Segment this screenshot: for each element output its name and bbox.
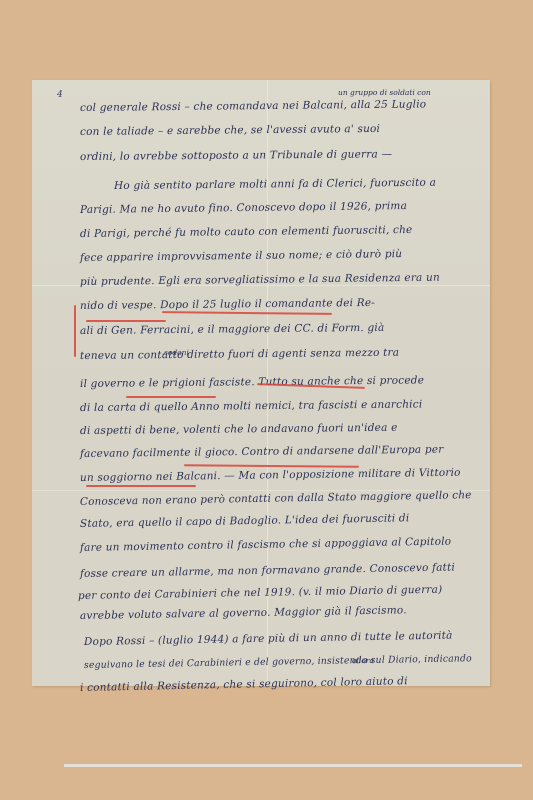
red-underline [86,485,196,487]
text-line: seguivano le tesi dei Carabinieri e del … [84,653,472,671]
text-line: Stato, era quello il capo di Badoglio. L… [80,512,410,530]
manuscript-page: 4 un gruppo di soldati con sodani allora… [32,80,490,686]
text-line: Ho già sentito parlare molti anni fa di … [114,177,436,192]
text-line: col generale Rossi – che comandava nei B… [80,98,426,114]
text-line: di la carta di quello Anno molti nemici,… [80,398,422,414]
text-line: ordini, lo avrebbe sottoposto a un Tribu… [80,148,392,163]
red-underline [162,311,332,315]
text-line: Conosceva non erano però contatti con da… [80,489,472,508]
text-line: di Parigi, perché fu molto cauto con ele… [80,224,413,240]
text-line: di aspetti di bene, volenti che lo andav… [80,422,398,437]
red-underline [126,396,216,398]
text-line: per conto dei Carabinieri che nel 1919. … [78,584,443,602]
page-number: 4 [57,90,63,100]
interlinear-note: un gruppo di soldati con [338,88,431,97]
red-margin-bracket [74,305,76,357]
paper-bottom-edge [64,764,522,767]
text-line: fare un movimento contro il fascismo che… [80,536,451,554]
text-line: il governo e le prigioni fasciste. Tutto… [80,374,424,390]
text-line: facevano facilmente il gioco. Contro di … [80,444,444,460]
text-line: teneva un contatto diretto fuori di agen… [80,347,399,362]
text-line: Parigi. Ma ne ho avuto fino. Conoscevo d… [80,200,407,216]
text-line: un soggiorno nei Balcani. — Ma con l'opp… [80,467,461,484]
text-line: con le taliade – e sarebbe che, se l'ave… [80,123,380,138]
text-line: i contatti alla Resistenza, che si segui… [80,675,408,694]
text-line: ali di Gen. Ferracini, e il maggiore dei… [80,322,384,337]
text-line: Dopo Rossi – (luglio 1944) a fare più di… [84,630,453,648]
text-line: fece apparire improvvisamente il suo nom… [80,248,402,264]
text-line: avrebbe voluto salvare al governo. Maggi… [80,604,407,622]
red-underline [184,464,359,468]
text-line: nido di vespe. Dopo il 25 luglio il coma… [80,297,375,312]
red-underline [86,320,166,322]
